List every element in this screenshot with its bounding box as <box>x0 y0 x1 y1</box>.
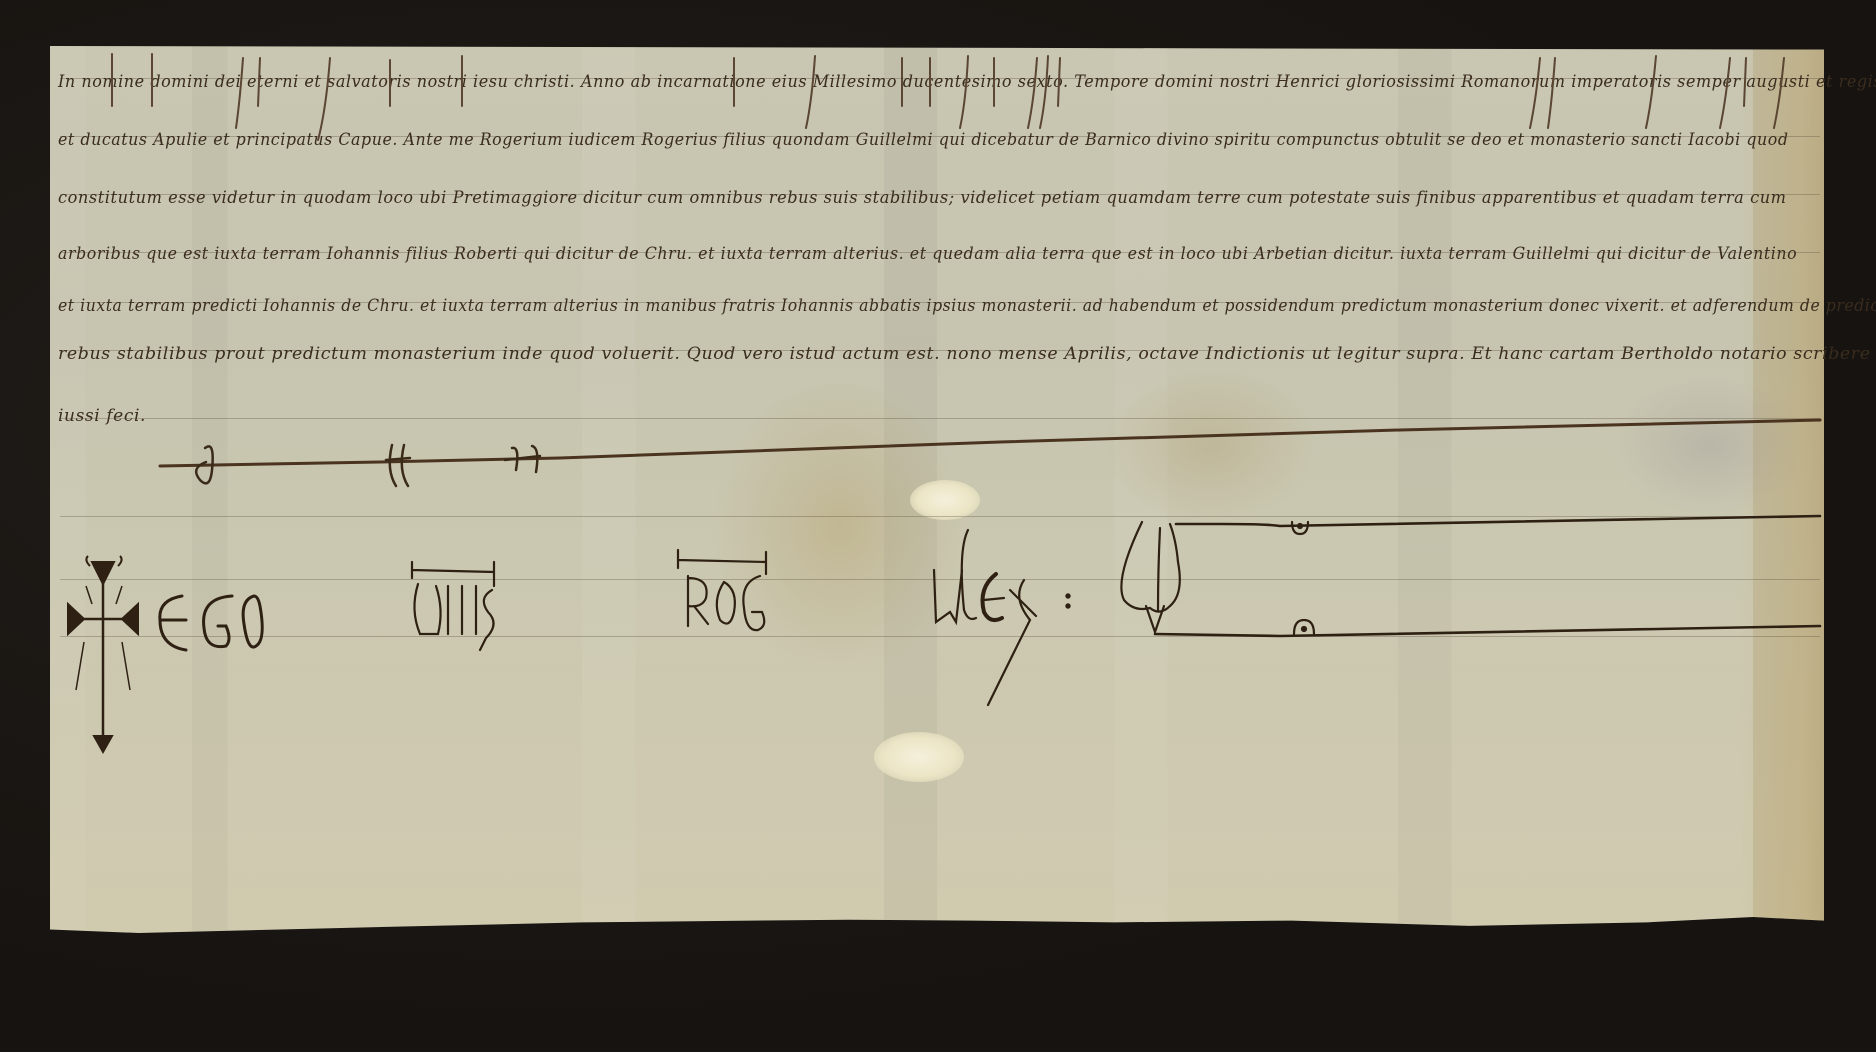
notarial-sign-icon <box>1121 516 1820 636</box>
signature-area <box>0 0 1876 1052</box>
signature-wex <box>934 530 1070 705</box>
signum-cross-icon <box>68 556 138 752</box>
signature-quis <box>412 562 494 650</box>
signature-ego <box>160 596 262 650</box>
signature-rog <box>678 550 766 630</box>
